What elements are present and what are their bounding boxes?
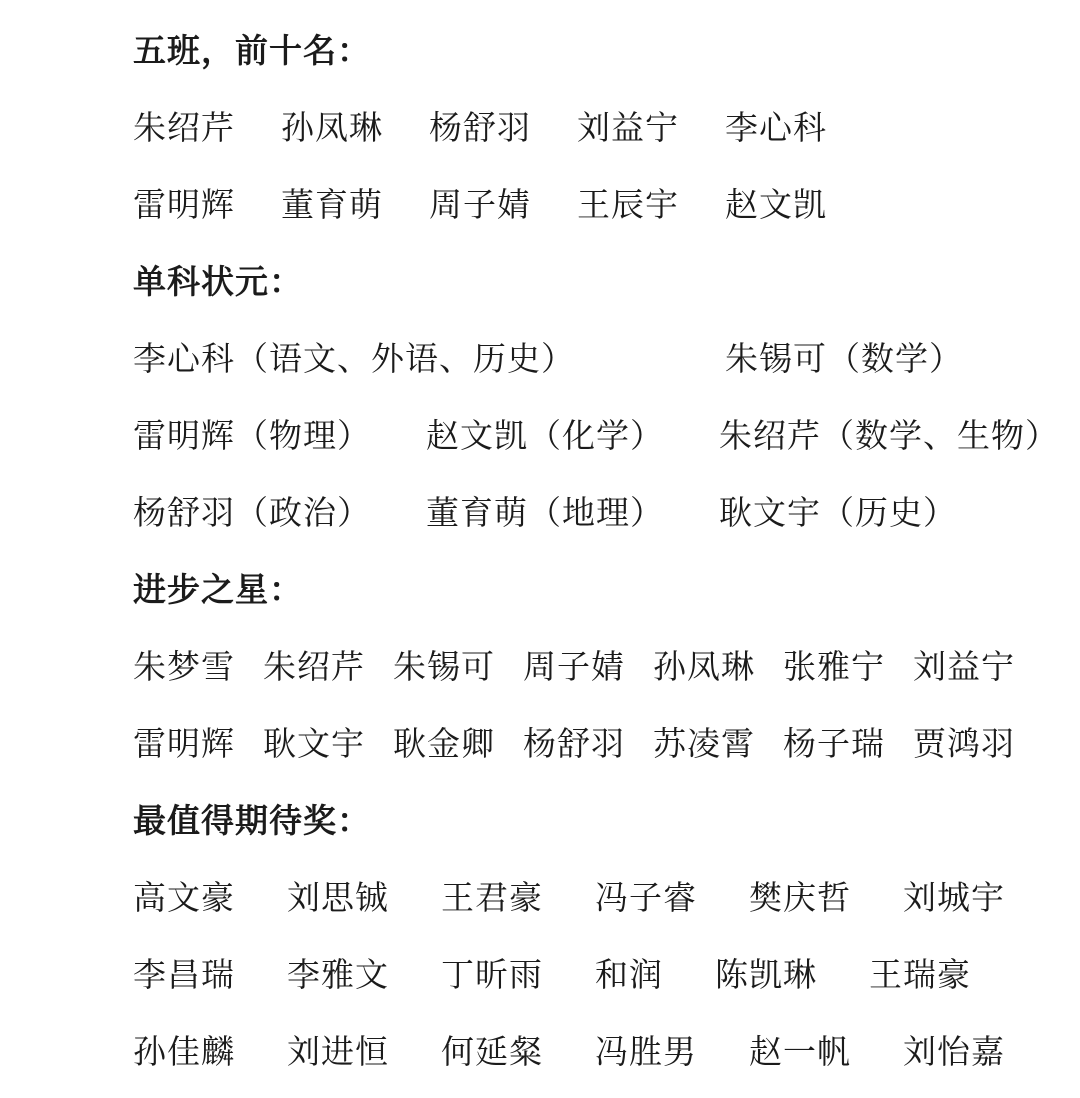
name-row: 孙佳麟刘进恒何延粲冯胜男赵一帆刘怡嘉 bbox=[133, 1011, 1050, 1088]
student-name: 朱绍芹（数学、生物） bbox=[719, 410, 1059, 457]
name-row: 杨舒羽（政治）董育萌（地理）耿文宇（历史） bbox=[133, 472, 1050, 549]
student-name: 孙凤琳 bbox=[653, 641, 755, 688]
student-name: 丁昕雨 bbox=[441, 949, 543, 996]
name-row: 雷明辉耿文宇耿金卿杨舒羽苏凌霄杨子瑞贾鸿羽 bbox=[133, 703, 1050, 780]
student-name: 苏凌霄 bbox=[653, 718, 755, 765]
student-name: 朱锡可（数学） bbox=[725, 333, 963, 380]
section-heading: 最值得期待奖： bbox=[133, 780, 1050, 857]
student-name: 杨舒羽 bbox=[523, 718, 625, 765]
student-name: 王君豪 bbox=[441, 872, 543, 919]
student-name: 王瑞豪 bbox=[869, 949, 971, 996]
name-row: 李昌瑞李雅文丁昕雨和润陈凯琳王瑞豪 bbox=[133, 934, 1050, 1011]
name-row: 雷明辉（物理）赵文凯（化学）朱绍芹（数学、生物） bbox=[133, 395, 1050, 472]
student-name: 董育萌（地理） bbox=[426, 487, 664, 534]
student-name: 朱绍芹 bbox=[133, 102, 235, 149]
awards-document: 五班，前十名：朱绍芹孙凤琳杨舒羽刘益宁李心科雷明辉董育萌周子婧王辰宇赵文凯单科状… bbox=[0, 0, 1080, 1088]
student-name: 孙佳麟 bbox=[133, 1026, 235, 1073]
name-row: 李心科（语文、外语、历史）朱锡可（数学） bbox=[133, 318, 1050, 395]
student-name: 朱锡可 bbox=[393, 641, 495, 688]
student-name: 朱梦雪 bbox=[133, 641, 235, 688]
student-name: 赵一帆 bbox=[749, 1026, 851, 1073]
student-name: 耿文宇（历史） bbox=[719, 487, 957, 534]
student-name: 周子婧 bbox=[523, 641, 625, 688]
student-name: 高文豪 bbox=[133, 872, 235, 919]
student-name: 李心科 bbox=[725, 102, 827, 149]
name-row: 高文豪刘思铖王君豪冯子睿樊庆哲刘城宇 bbox=[133, 857, 1050, 934]
student-name: 杨舒羽 bbox=[429, 102, 531, 149]
award-section: 最值得期待奖：高文豪刘思铖王君豪冯子睿樊庆哲刘城宇李昌瑞李雅文丁昕雨和润陈凯琳王… bbox=[133, 780, 1050, 1088]
student-name: 樊庆哲 bbox=[749, 872, 851, 919]
student-name: 雷明辉（物理） bbox=[133, 410, 371, 457]
student-name: 张雅宁 bbox=[783, 641, 885, 688]
name-row: 朱梦雪朱绍芹朱锡可周子婧孙凤琳张雅宁刘益宁 bbox=[133, 626, 1050, 703]
student-name: 耿金卿 bbox=[393, 718, 495, 765]
student-name: 董育萌 bbox=[281, 179, 383, 226]
student-name: 冯子睿 bbox=[595, 872, 697, 919]
student-name: 杨舒羽（政治） bbox=[133, 487, 371, 534]
award-section: 进步之星：朱梦雪朱绍芹朱锡可周子婧孙凤琳张雅宁刘益宁雷明辉耿文宇耿金卿杨舒羽苏凌… bbox=[133, 549, 1050, 780]
student-name: 和润 bbox=[595, 949, 663, 996]
name-row: 雷明辉董育萌周子婧王辰宇赵文凯 bbox=[133, 164, 1050, 241]
student-name: 冯胜男 bbox=[595, 1026, 697, 1073]
student-name: 赵文凯 bbox=[725, 179, 827, 226]
student-name: 李昌瑞 bbox=[133, 949, 235, 996]
student-name: 刘怡嘉 bbox=[903, 1026, 1005, 1073]
student-name: 刘思铖 bbox=[287, 872, 389, 919]
student-name: 孙凤琳 bbox=[281, 102, 383, 149]
student-name: 刘进恒 bbox=[287, 1026, 389, 1073]
award-section: 五班，前十名：朱绍芹孙凤琳杨舒羽刘益宁李心科雷明辉董育萌周子婧王辰宇赵文凯 bbox=[133, 10, 1050, 241]
student-name: 朱绍芹 bbox=[263, 641, 365, 688]
section-heading: 进步之星： bbox=[133, 549, 1050, 626]
student-name: 刘城宇 bbox=[903, 872, 1005, 919]
section-heading: 单科状元： bbox=[133, 241, 1050, 318]
student-name: 杨子瑞 bbox=[783, 718, 885, 765]
student-name: 王辰宇 bbox=[577, 179, 679, 226]
student-name: 李雅文 bbox=[287, 949, 389, 996]
section-heading: 五班，前十名： bbox=[133, 10, 1050, 87]
student-name: 李心科（语文、外语、历史） bbox=[133, 333, 575, 380]
student-name: 何延粲 bbox=[441, 1026, 543, 1073]
student-name: 陈凯琳 bbox=[715, 949, 817, 996]
student-name: 雷明辉 bbox=[133, 718, 235, 765]
student-name: 周子婧 bbox=[429, 179, 531, 226]
student-name: 赵文凯（化学） bbox=[426, 410, 664, 457]
name-row: 朱绍芹孙凤琳杨舒羽刘益宁李心科 bbox=[133, 87, 1050, 164]
student-name: 贾鸿羽 bbox=[913, 718, 1015, 765]
student-name: 耿文宇 bbox=[263, 718, 365, 765]
student-name: 刘益宁 bbox=[577, 102, 679, 149]
student-name: 刘益宁 bbox=[913, 641, 1015, 688]
student-name: 雷明辉 bbox=[133, 179, 235, 226]
award-section: 单科状元：李心科（语文、外语、历史）朱锡可（数学）雷明辉（物理）赵文凯（化学）朱… bbox=[133, 241, 1050, 549]
